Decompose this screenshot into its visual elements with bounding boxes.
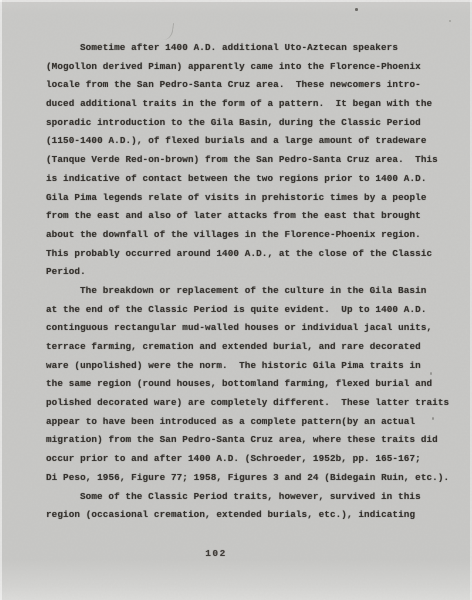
- typewritten-line: terrace farming, cremation and extended …: [46, 338, 446, 357]
- typewritten-line: occur prior to and after 1400 A.D. (Schr…: [46, 450, 446, 469]
- scan-scratch: [157, 21, 174, 41]
- typewritten-line: Gila Pima legends relate of visits in pr…: [46, 189, 446, 208]
- scanned-document-page: Sometime after 1400 A.D. additional Uto-…: [0, 0, 472, 600]
- typewritten-line: from the east and also of later attacks …: [46, 207, 446, 226]
- typewritten-line: is indicative of contact between the two…: [46, 170, 446, 189]
- typewritten-line: Di Peso, 1956, Figure 77; 1958, Figures …: [46, 469, 446, 488]
- typewritten-line: Sometime after 1400 A.D. additional Uto-…: [46, 39, 446, 58]
- typewritten-line: region (occasional cremation, extended b…: [46, 506, 446, 525]
- scan-speck: [449, 20, 451, 22]
- typewritten-line: continguous rectangular mud-walled house…: [46, 319, 446, 338]
- typewritten-line: The breakdown or replacement of the cult…: [46, 282, 446, 301]
- paragraph: The breakdown or replacement of the cult…: [46, 282, 446, 488]
- typewritten-line: duced additional traits in the form of a…: [46, 95, 446, 114]
- typewritten-line: (Mogollon derived Piman) apparently came…: [46, 58, 446, 77]
- paragraph: Sometime after 1400 A.D. additional Uto-…: [46, 39, 446, 282]
- scan-speck: [355, 8, 358, 11]
- typewritten-line: (1150-1400 A.D.), of flexed burials and …: [46, 132, 446, 151]
- paragraph: Some of the Classic Period traits, howev…: [46, 488, 446, 525]
- typewritten-line: This probably occurred around 1400 A.D.,…: [46, 245, 446, 264]
- typewritten-line: the same region (round houses, bottomlan…: [46, 375, 446, 394]
- typewritten-line: appear to have been introduced as a comp…: [46, 413, 446, 432]
- typewritten-line: Some of the Classic Period traits, howev…: [46, 488, 446, 507]
- typewritten-line: migration) from the San Pedro-Santa Cruz…: [46, 431, 446, 450]
- page-number: 102: [46, 548, 386, 559]
- typewritten-line: ware (unpolished) were the norm. The his…: [46, 357, 446, 376]
- typewritten-line: locale from the San Pedro-Santa Cruz are…: [46, 76, 446, 95]
- typewritten-line: (Tanque Verde Red-on-brown) from the San…: [46, 151, 446, 170]
- typed-text-block: Sometime after 1400 A.D. additional Uto-…: [46, 39, 446, 525]
- typewritten-line: at the end of the Classic Period is quit…: [46, 301, 446, 320]
- typewritten-line: sporadic introduction to the Gila Basin,…: [46, 114, 446, 133]
- typewritten-line: about the downfall of the villages in th…: [46, 226, 446, 245]
- typewritten-line: polished decorated ware) are completely …: [46, 394, 446, 413]
- typewritten-line: Period.: [46, 263, 446, 282]
